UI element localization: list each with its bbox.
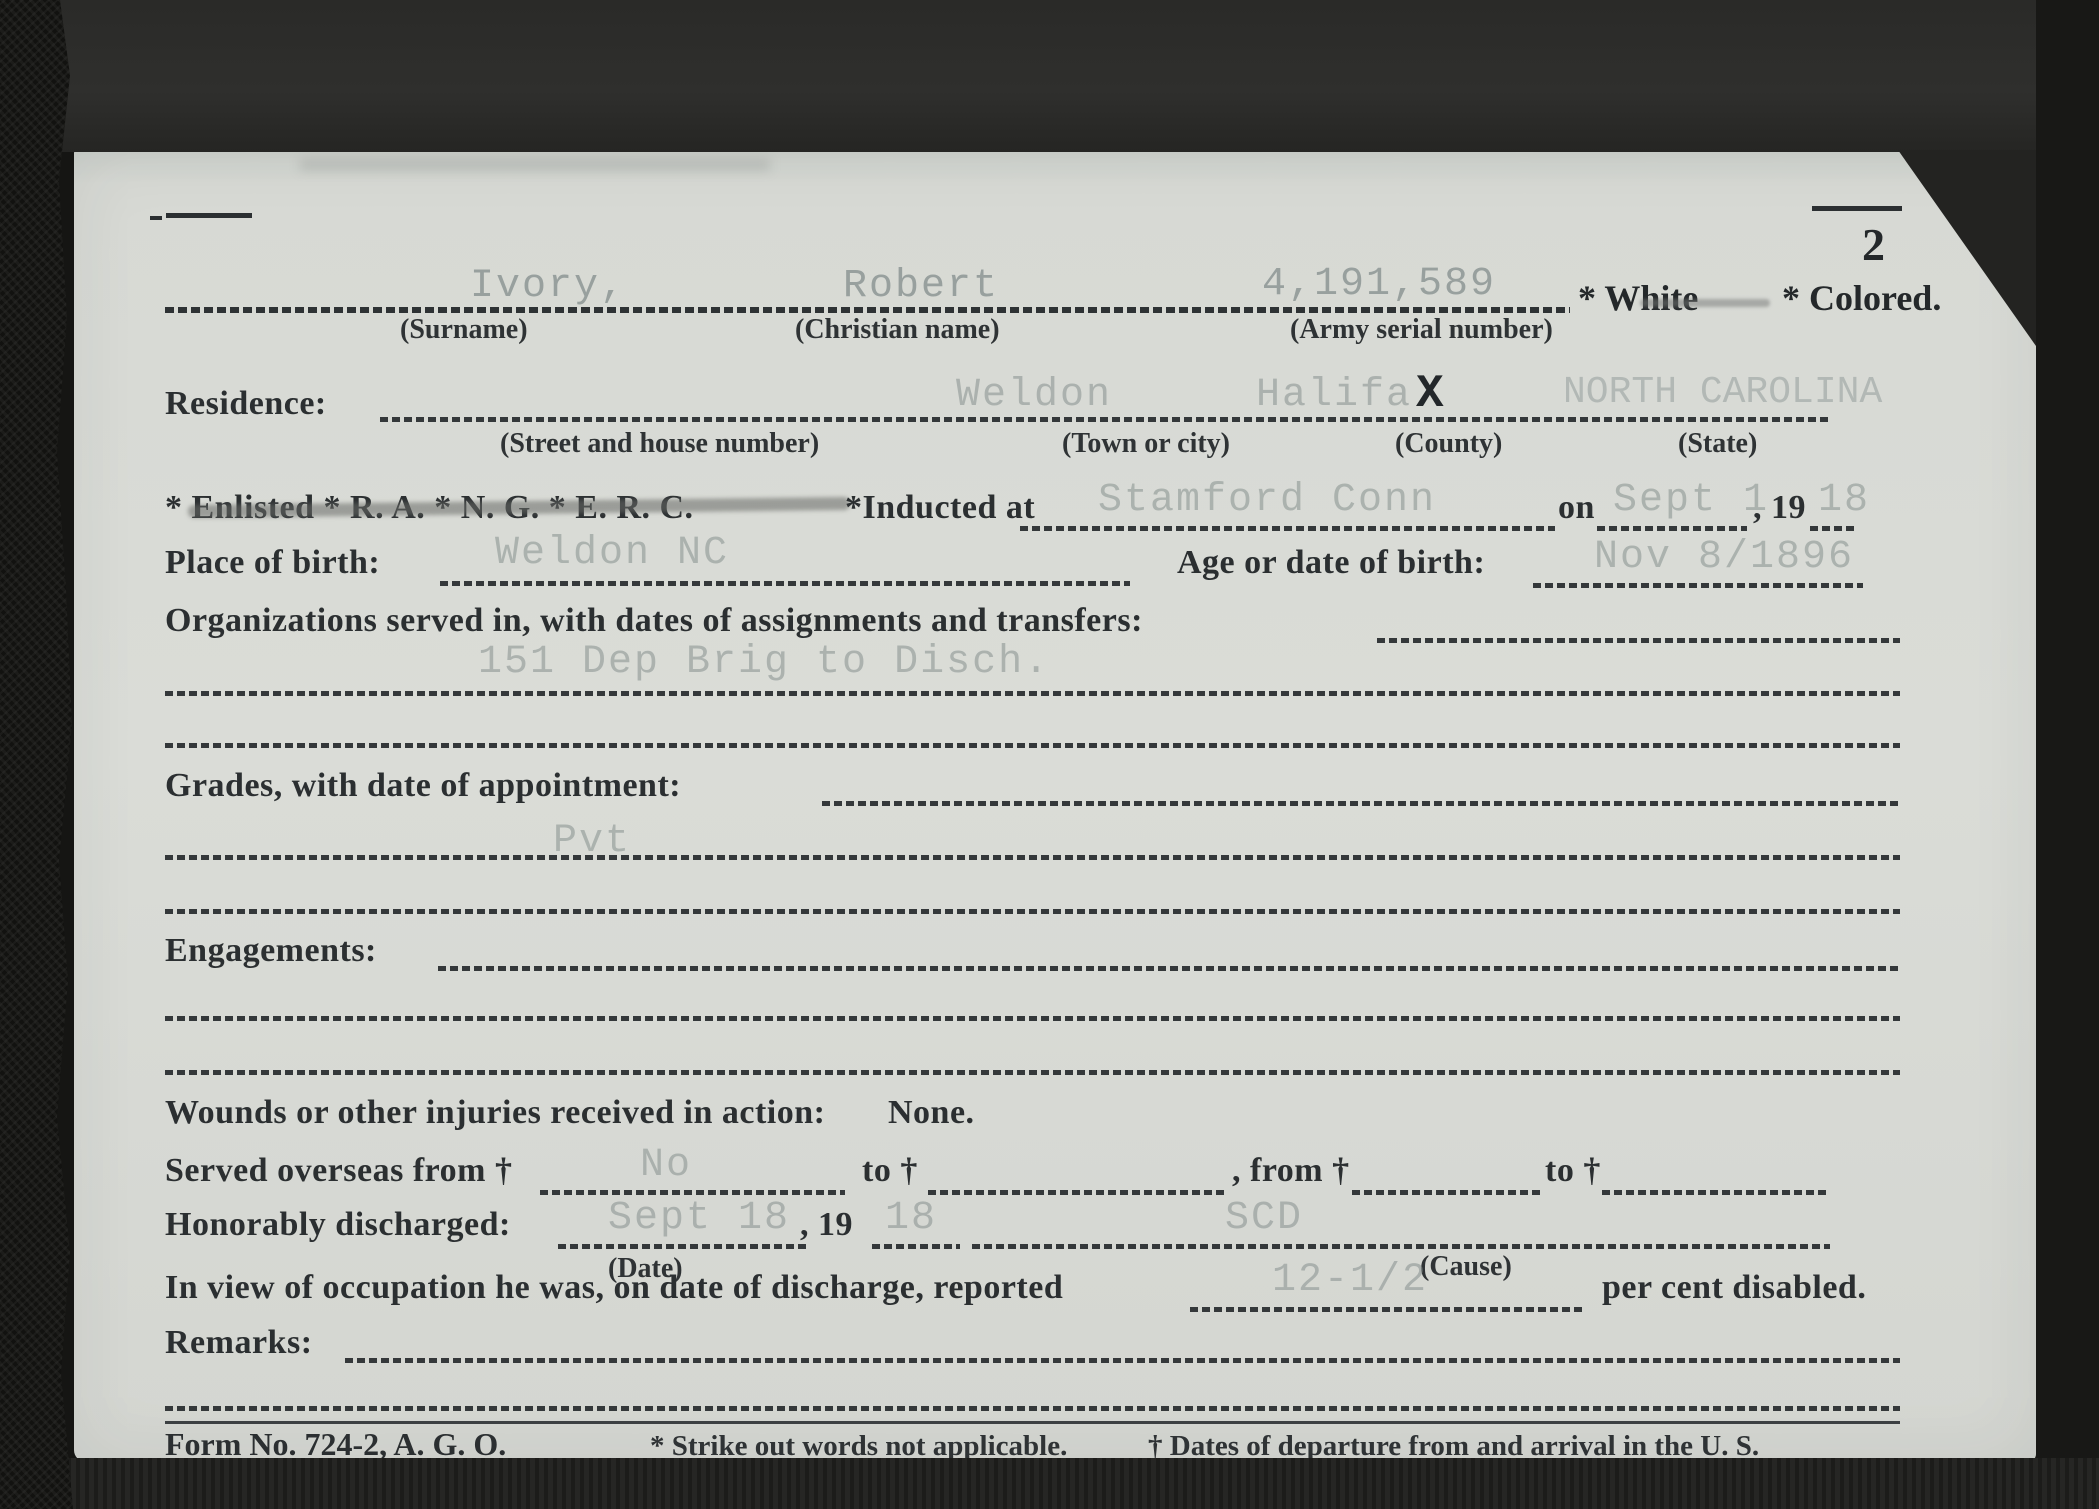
dotted-line	[165, 691, 1900, 696]
remarks-label: Remarks:	[165, 1324, 313, 1362]
dotted-line	[540, 1190, 845, 1195]
corner-dash-mark	[150, 216, 162, 220]
dotted-line	[1352, 1190, 1542, 1195]
state-caption: (State)	[1678, 428, 1757, 460]
typed-organizations-value: 151 Dep Brig to Disch.	[478, 640, 1050, 685]
dotted-line	[1810, 526, 1858, 531]
served-overseas-label: Served overseas from †	[165, 1152, 512, 1190]
dotted-line	[1377, 638, 1900, 643]
on-label: on	[1558, 489, 1595, 527]
record-card	[74, 150, 2036, 1462]
age-or-dob-label: Age or date of birth:	[1177, 544, 1485, 582]
typed-overseas-no: No	[640, 1143, 692, 1188]
typed-discharge-year: 18	[885, 1196, 937, 1241]
inducted-at-label: *Inducted at	[845, 489, 1035, 527]
corner-dash-mark	[166, 213, 252, 218]
typed-state: NORTH CAROLINA	[1563, 371, 1882, 414]
page-number: 2	[1862, 218, 1885, 271]
discharged-label: Honorably discharged:	[165, 1206, 511, 1244]
disability-prefix-label: In view of occupation he was, on date of…	[165, 1269, 1063, 1307]
typed-induction-place: Stamford Conn	[1098, 478, 1436, 523]
scan-top-band	[58, 0, 2099, 152]
dotted-line	[1597, 526, 1747, 531]
organizations-label: Organizations served in, with dates of a…	[165, 602, 1143, 640]
dotted-line	[1533, 583, 1863, 588]
typed-county: Halifa	[1256, 373, 1412, 418]
county-caption: (County)	[1395, 428, 1502, 460]
dotted-line	[440, 581, 1130, 586]
dotted-line	[438, 966, 1900, 971]
typed-county-x-mark: X	[1416, 368, 1444, 420]
christian-name-caption: (Christian name)	[795, 314, 1000, 346]
dotted-line	[972, 1244, 1830, 1249]
typed-disability-percent: 12-1/2	[1272, 1258, 1428, 1303]
typed-induction-year: 18	[1818, 478, 1870, 523]
dotted-line	[165, 743, 1900, 748]
overseas-to-label: to †	[862, 1152, 918, 1190]
typed-christian-name: Robert	[843, 264, 999, 309]
residence-label: Residence:	[165, 385, 327, 423]
overseas-from-label: , from †	[1232, 1152, 1350, 1190]
typed-date-of-birth: Nov 8/1896	[1594, 535, 1854, 580]
town-caption: (Town or city)	[1062, 428, 1230, 460]
race-option-white: * White	[1578, 277, 1698, 319]
wounds-label: Wounds or other injuries received in act…	[165, 1094, 825, 1132]
street-caption: (Street and house number)	[500, 428, 819, 460]
grades-label: Grades, with date of appointment:	[165, 767, 681, 805]
year-19-label: , 19	[1753, 489, 1806, 527]
typed-discharge-date: Sept 18	[608, 1196, 790, 1241]
scan-smudge	[300, 158, 770, 171]
dotted-line	[165, 1406, 1900, 1411]
dotted-line	[1602, 1190, 1830, 1195]
dotted-line	[165, 1016, 1900, 1021]
serial-number-caption: (Army serial number)	[1290, 314, 1553, 346]
dotted-line	[165, 307, 1570, 313]
scan-bottom-band	[58, 1458, 2099, 1509]
typed-serial-number: 4,191,589	[1262, 262, 1496, 307]
dotted-line	[345, 1358, 1900, 1363]
dotted-line	[1020, 526, 1555, 531]
dotted-line	[822, 801, 1900, 806]
typed-induction-date: Sept 1	[1613, 478, 1769, 523]
wounds-value: None.	[888, 1094, 975, 1132]
typed-surname: Ivory,	[470, 264, 626, 309]
race-option-colored: * Colored.	[1782, 277, 1941, 319]
dotted-line	[928, 1190, 1228, 1195]
typed-birth-place: Weldon NC	[495, 531, 729, 576]
engagements-label: Engagements:	[165, 932, 377, 970]
year-19-label: , 19	[800, 1206, 853, 1244]
dotted-line	[165, 1070, 1900, 1075]
dotted-line	[165, 855, 1900, 860]
surname-caption: (Surname)	[400, 314, 528, 346]
dotted-line	[1190, 1307, 1585, 1312]
typed-discharge-cause: SCD	[1225, 1196, 1303, 1241]
dotted-line	[558, 1244, 808, 1249]
solid-rule	[165, 1421, 1900, 1424]
overseas-to-label: to †	[1545, 1152, 1601, 1190]
place-of-birth-label: Place of birth:	[165, 544, 380, 582]
cause-caption: (Cause)	[1420, 1251, 1512, 1283]
page-number-rule	[1812, 206, 1902, 211]
disability-suffix-label: per cent disabled.	[1602, 1269, 1866, 1307]
strikethrough-mark	[1640, 299, 1770, 307]
dotted-line	[872, 1244, 960, 1249]
dotted-line	[165, 909, 1900, 914]
scanned-service-card: 2 Ivory, Robert 4,191,589 (Surname) (Chr…	[0, 0, 2099, 1509]
scan-right-edge	[2036, 0, 2099, 1509]
typed-town: Weldon	[956, 373, 1112, 418]
